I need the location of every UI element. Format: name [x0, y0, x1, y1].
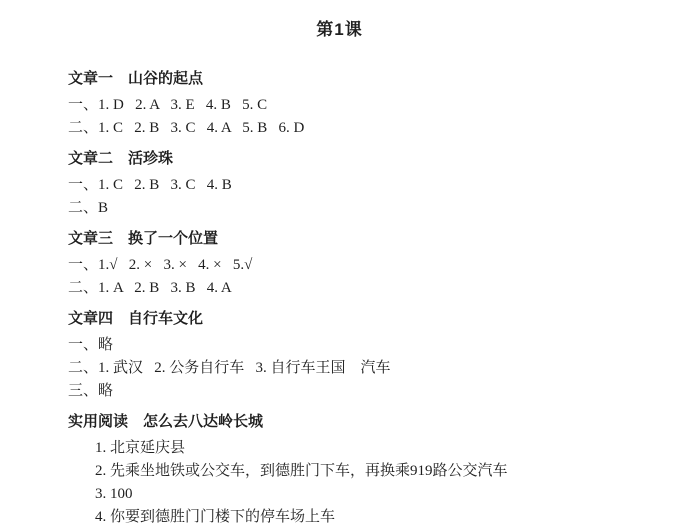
answer-key-page: 第1课 文章一 山谷的起点 一、1. D 2. A 3. E 4. B 5. C…: [0, 0, 679, 526]
section-heading-article-3: 文章三 换了一个位置: [68, 230, 649, 248]
answer-line: 2. 先乘坐地铁或公交车，到德胜门下车，再换乘919路公交汽车: [68, 460, 649, 483]
section-article-1: 文章一 山谷的起点 一、1. D 2. A 3. E 4. B 5. C 二、1…: [68, 70, 649, 140]
answer-line: 4. 你要到德胜门门楼下的停车场上车: [68, 506, 649, 526]
section-heading-article-4: 文章四 自行车文化: [68, 310, 649, 328]
answer-line: 一、略: [68, 334, 649, 357]
answer-line: 三、略: [68, 380, 649, 403]
section-heading-article-1: 文章一 山谷的起点: [68, 70, 649, 88]
answer-line: 二、1. 武汉 2. 公务自行车 3. 自行车王国 汽车: [68, 357, 649, 380]
answer-line: 一、1. C 2. B 3. C 4. B: [68, 174, 649, 197]
section-article-3: 文章三 换了一个位置 一、1.√ 2. × 3. × 4. × 5.√ 二、1.…: [68, 230, 649, 300]
answer-line: 二、1. C 2. B 3. C 4. A 5. B 6. D: [68, 117, 649, 140]
answer-line: 1. 北京延庆县: [68, 437, 649, 460]
answer-line: 二、1. A 2. B 3. B 4. A: [68, 277, 649, 300]
answer-line: 一、1. D 2. A 3. E 4. B 5. C: [68, 94, 649, 117]
section-article-4: 文章四 自行车文化 一、略 二、1. 武汉 2. 公务自行车 3. 自行车王国 …: [68, 310, 649, 403]
section-article-2: 文章二 活珍珠 一、1. C 2. B 3. C 4. B 二、B: [68, 150, 649, 220]
answer-line: 3. 100: [68, 483, 649, 506]
section-practical-reading: 实用阅读 怎么去八达岭长城 1. 北京延庆县 2. 先乘坐地铁或公交车，到德胜门…: [68, 413, 649, 526]
answer-line: 二、B: [68, 197, 649, 220]
page-title: 第1课: [0, 19, 679, 41]
section-heading-practical-reading: 实用阅读 怎么去八达岭长城: [68, 413, 649, 431]
page-content: 文章一 山谷的起点 一、1. D 2. A 3. E 4. B 5. C 二、1…: [0, 70, 679, 526]
section-heading-article-2: 文章二 活珍珠: [68, 150, 649, 168]
answer-line: 一、1.√ 2. × 3. × 4. × 5.√: [68, 254, 649, 277]
